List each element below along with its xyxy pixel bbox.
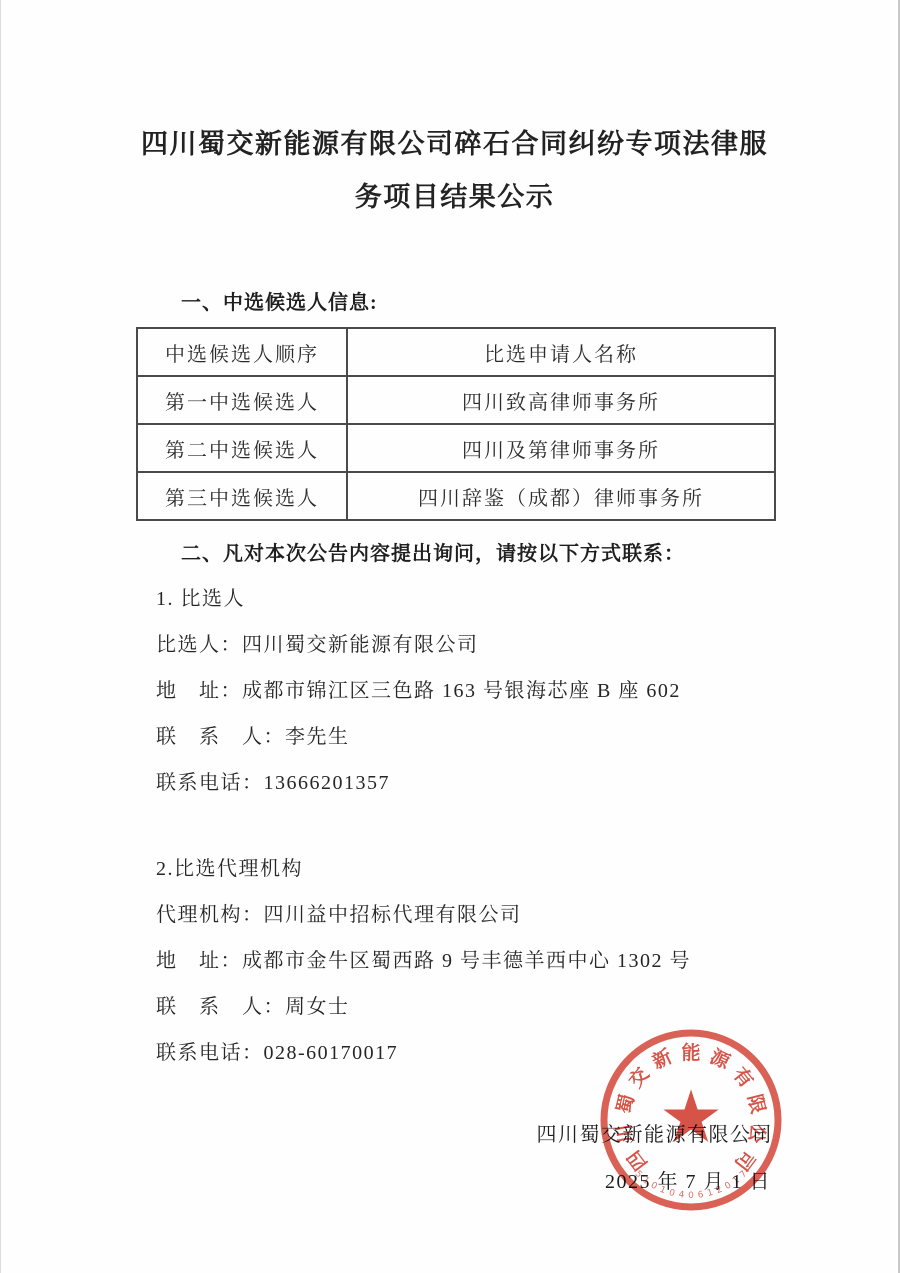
signature-block: 四川蜀交新能源有限公司 2025 年 7 月 1 日 xyxy=(136,1112,773,1206)
signature-date: 2025 年 7 月 1 日 xyxy=(136,1159,773,1206)
signature-company: 四川蜀交新能源有限公司 xyxy=(136,1112,773,1159)
cell-rank: 第二中选候选人 xyxy=(137,424,347,472)
bidder-address-line: 地 址：成都市锦江区三色路 163 号银海芯座 B 座 602 xyxy=(156,668,773,714)
section2-heading: 二、凡对本次公告内容提出询问，请按以下方式联系： xyxy=(181,537,773,566)
table-row: 第二中选候选人 四川及第律师事务所 xyxy=(137,424,775,472)
bidder-phone-line: 联系电话：13666201357 xyxy=(156,760,773,806)
candidates-table: 中选候选人顺序 比选申请人名称 第一中选候选人 四川致高律师事务所 第二中选候选… xyxy=(136,327,776,521)
table-header-row: 中选候选人顺序 比选申请人名称 xyxy=(137,328,775,376)
cell-rank: 第一中选候选人 xyxy=(137,376,347,424)
cell-rank: 第三中选候选人 xyxy=(137,472,347,520)
header-cell-order: 中选候选人顺序 xyxy=(137,328,347,376)
page-title-line2: 务项目结果公示 xyxy=(136,171,773,224)
section1-heading: 一、中选候选人信息: xyxy=(181,286,773,315)
page-title-line1: 四川蜀交新能源有限公司碎石合同纠纷专项法律服 xyxy=(136,118,773,171)
cell-firm: 四川辞鉴（成都）律师事务所 xyxy=(347,472,775,520)
agency-contact-line: 联 系 人：周女士 xyxy=(156,984,773,1030)
cell-firm: 四川及第律师事务所 xyxy=(347,424,775,472)
header-cell-applicant: 比选申请人名称 xyxy=(347,328,775,376)
table-row: 第一中选候选人 四川致高律师事务所 xyxy=(137,376,775,424)
page-title: 四川蜀交新能源有限公司碎石合同纠纷专项法律服 务项目结果公示 xyxy=(136,118,773,224)
agency-address-line: 地 址：成都市金牛区蜀西路 9 号丰德羊西中心 1302 号 xyxy=(156,938,773,984)
agency-phone-line: 联系电话：028-60170017 xyxy=(156,1030,773,1076)
bidder-contact-line: 联 系 人：李先生 xyxy=(156,714,773,760)
bidder-name-line: 比选人：四川蜀交新能源有限公司 xyxy=(156,622,773,668)
table-row: 第三中选候选人 四川辞鉴（成都）律师事务所 xyxy=(137,472,775,520)
agency-name-line: 代理机构：四川益中招标代理有限公司 xyxy=(156,892,773,938)
document-page: 四川蜀交新能源有限公司碎石合同纠纷专项法律服 务项目结果公示 一、中选候选人信息… xyxy=(0,0,900,1273)
bidder-subheading: 1. 比选人 xyxy=(156,576,773,622)
cell-firm: 四川致高律师事务所 xyxy=(347,376,775,424)
agency-subheading: 2.比选代理机构 xyxy=(156,846,773,892)
